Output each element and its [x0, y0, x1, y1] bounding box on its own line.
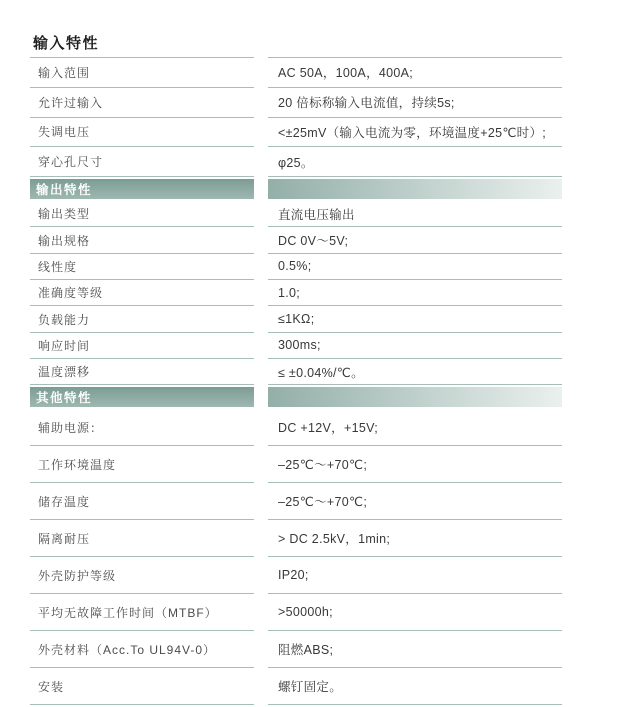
- spec-label: 外壳防护等级: [30, 557, 254, 594]
- table-row: 辅助电源：DC +12V，+15V;: [30, 409, 562, 446]
- table-row: 外壳材料（Acc.To UL94V-0）阻燃ABS;: [30, 631, 562, 668]
- spec-value: –25℃～+70℃;: [268, 483, 562, 520]
- table-row: 输出类型直流电压输出: [30, 201, 562, 227]
- section-1: 输出特性输出类型直流电压输出输出规格DC 0V～5V;线性度0.5%;准确度等级…: [30, 179, 562, 385]
- table-row: 允许过输入20 倍标称输入电流值，持续5s;: [30, 88, 562, 118]
- spec-value: > DC 2.5kV，1min;: [268, 520, 562, 557]
- spec-value: –25℃～+70℃;: [268, 446, 562, 483]
- spec-value: 直流电压输出: [268, 201, 562, 227]
- spec-label: 输入范围: [30, 58, 254, 88]
- spec-label: 允许过输入: [30, 88, 254, 118]
- spec-label: 失调电压: [30, 118, 254, 148]
- spec-label: 输出类型: [30, 201, 254, 227]
- spec-label: 平均无故障工作时间（MTBF）: [30, 594, 254, 631]
- table-row: 平均无故障工作时间（MTBF）>50000h;: [30, 594, 562, 631]
- spec-label: 工作环境温度: [30, 446, 254, 483]
- spec-value: ≤ ±0.04%/℃。: [268, 359, 562, 385]
- spec-value: DC +12V，+15V;: [268, 409, 562, 446]
- section-2: 其他特性辅助电源：DC +12V，+15V;工作环境温度–25℃～+70℃;储存…: [30, 387, 562, 705]
- table-row: 外壳防护等级IP20;: [30, 557, 562, 594]
- spec-value: 1.0;: [268, 280, 562, 306]
- section-header-bar-fill: [268, 387, 562, 407]
- table-row: 准确度等级1.0;: [30, 280, 562, 306]
- section-title-row-fill: [268, 28, 562, 58]
- spec-label: 穿心孔尺寸: [30, 147, 254, 177]
- spec-value: 0.5%;: [268, 254, 562, 280]
- spec-label: 隔离耐压: [30, 520, 254, 557]
- spec-table: 输入特性输入范围AC 50A，100A，400A;允许过输入20 倍标称输入电流…: [30, 28, 562, 705]
- spec-label: 负载能力: [30, 306, 254, 332]
- spec-label: 输出规格: [30, 227, 254, 253]
- table-row: 储存温度–25℃～+70℃;: [30, 483, 562, 520]
- spec-value: IP20;: [268, 557, 562, 594]
- table-row: 线性度0.5%;: [30, 254, 562, 280]
- spec-value: DC 0V～5V;: [268, 227, 562, 253]
- spec-value: AC 50A，100A，400A;: [268, 58, 562, 88]
- spec-label: 安装: [30, 668, 254, 705]
- table-row: 安装螺钉固定。: [30, 668, 562, 705]
- section-header-bar: 输出特性: [30, 179, 562, 199]
- table-row: 输出规格DC 0V～5V;: [30, 227, 562, 253]
- section-title: 输入特性: [30, 28, 254, 58]
- spec-label: 线性度: [30, 254, 254, 280]
- section-title: 输出特性: [30, 179, 254, 199]
- spec-label: 储存温度: [30, 483, 254, 520]
- table-row: 穿心孔尺寸φ25。: [30, 147, 562, 177]
- table-row: 工作环境温度–25℃～+70℃;: [30, 446, 562, 483]
- section-header-bar: 其他特性: [30, 387, 562, 407]
- spec-sheet: 输入特性输入范围AC 50A，100A，400A;允许过输入20 倍标称输入电流…: [0, 0, 562, 705]
- spec-value: 螺钉固定。: [268, 668, 562, 705]
- spec-label: 温度漂移: [30, 359, 254, 385]
- table-row: 输入范围AC 50A，100A，400A;: [30, 58, 562, 88]
- section-0: 输入特性输入范围AC 50A，100A，400A;允许过输入20 倍标称输入电流…: [30, 28, 562, 177]
- spec-value: 20 倍标称输入电流值，持续5s;: [268, 88, 562, 118]
- section-title: 其他特性: [30, 387, 254, 407]
- section-title-row: 输入特性: [30, 28, 562, 58]
- spec-label: 响应时间: [30, 333, 254, 359]
- table-row: 隔离耐压> DC 2.5kV，1min;: [30, 520, 562, 557]
- section-header-bar-fill: [268, 179, 562, 199]
- table-row: 失调电压<±25mV（输入电流为零，环境温度+25℃时）;: [30, 118, 562, 148]
- spec-value: ≤1KΩ;: [268, 306, 562, 332]
- spec-label: 辅助电源：: [30, 409, 254, 446]
- spec-value: 300ms;: [268, 333, 562, 359]
- table-row: 负载能力≤1KΩ;: [30, 306, 562, 332]
- spec-value: >50000h;: [268, 594, 562, 631]
- table-row: 响应时间300ms;: [30, 333, 562, 359]
- spec-label: 准确度等级: [30, 280, 254, 306]
- spec-value: 阻燃ABS;: [268, 631, 562, 668]
- spec-value: φ25。: [268, 147, 562, 177]
- spec-label: 外壳材料（Acc.To UL94V-0）: [30, 631, 254, 668]
- spec-value: <±25mV（输入电流为零，环境温度+25℃时）;: [268, 118, 562, 148]
- table-row: 温度漂移≤ ±0.04%/℃。: [30, 359, 562, 385]
